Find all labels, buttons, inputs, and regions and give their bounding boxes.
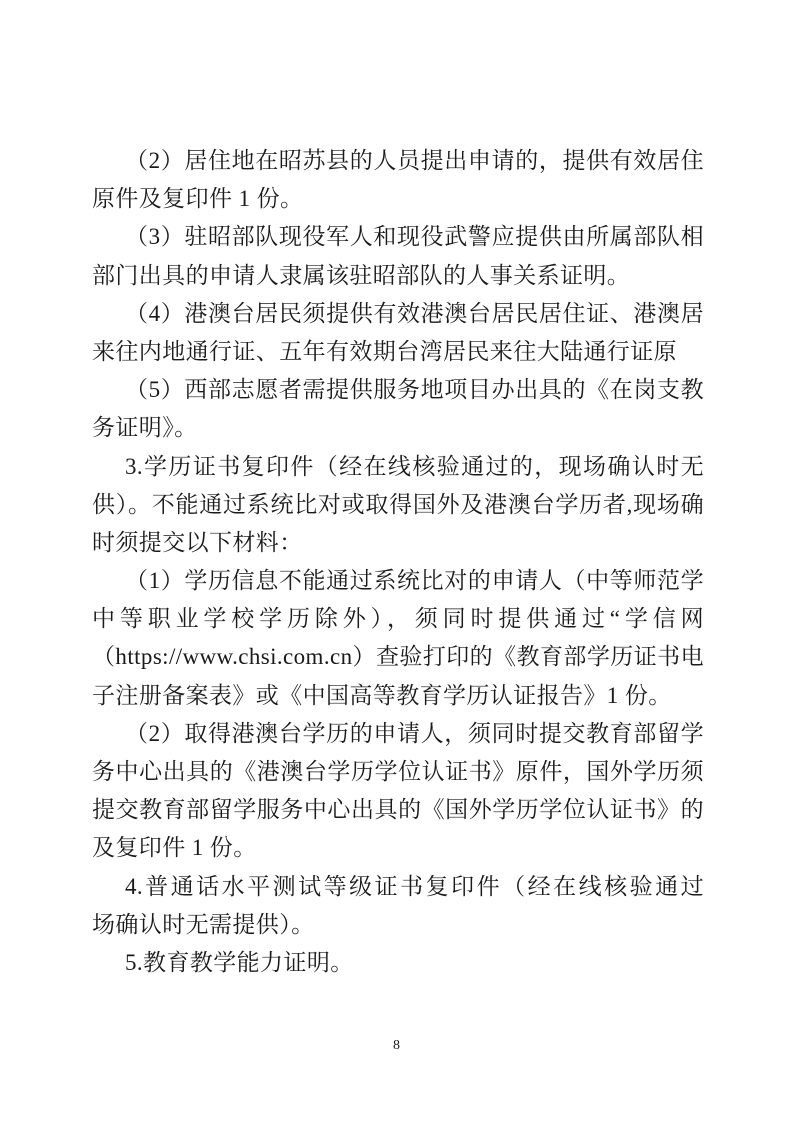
text-line: （2）取得港澳台学历的申请人，须同时提交教育部留学服 [92,715,704,753]
text-line: 原件及复印件 1 份。 [92,180,704,218]
document-body: （2）居住地在昭苏县的人员提出申请的，提供有效居住证 原件及复印件 1 份。 （… [92,142,704,982]
text-line: 时须提交以下材料： [92,524,704,562]
text-line: 中等职业学校学历除外），须同时提供通过“学信网 [92,600,704,638]
text-line: 务中心出具的《港澳台学历学位认证书》原件，国外学历须同时 [92,753,704,791]
text-line: 子注册备案表》或《中国高等教育学历认证报告》1 份。 [92,677,704,715]
document-page: （2）居住地在昭苏县的人员提出申请的，提供有效居住证 原件及复印件 1 份。 （… [0,0,793,1122]
text-line: 部门出具的申请人隶属该驻昭部队的人事关系证明。 [92,257,704,295]
text-line: （4）港澳台居民须提供有效港澳台居民居住证、港澳居民 [92,295,704,333]
text-line: 供）。不能通过系统比对或取得国外及港澳台学历者,现场确认 [92,486,704,524]
text-line: 及复印件 1 份。 [92,829,704,867]
text-line: （https://www.chsi.com.cn）查验打印的《教育部学历证书电 [92,638,704,676]
text-line: 4.普通话水平测试等级证书复印件（经在线核验通过的，现 [92,868,704,906]
text-line: 5.教育教学能力证明。 [92,944,704,982]
text-line: （1）学历信息不能通过系统比对的申请人（中等师范学校、 [92,562,704,600]
text-line: （5）西部志愿者需提供服务地项目办出具的《在岗支教服 [92,371,704,409]
text-line: 提交教育部留学服务中心出具的《国外学历学位认证书》的原件 [92,791,704,829]
text-line: 来往内地通行证、五年有效期台湾居民来往大陆通行证原件。 [92,333,704,371]
text-line: 3.学历证书复印件（经在线核验通过的，现场确认时无需提 [92,448,704,486]
text-line: 务证明》。 [92,409,704,447]
page-number: 8 [0,1036,793,1056]
text-line: （2）居住地在昭苏县的人员提出申请的，提供有效居住证 [92,142,704,180]
text-line: （3）驻昭部队现役军人和现役武警应提供由所属部队相关 [92,218,704,256]
text-line: 场确认时无需提供）。 [92,906,704,944]
